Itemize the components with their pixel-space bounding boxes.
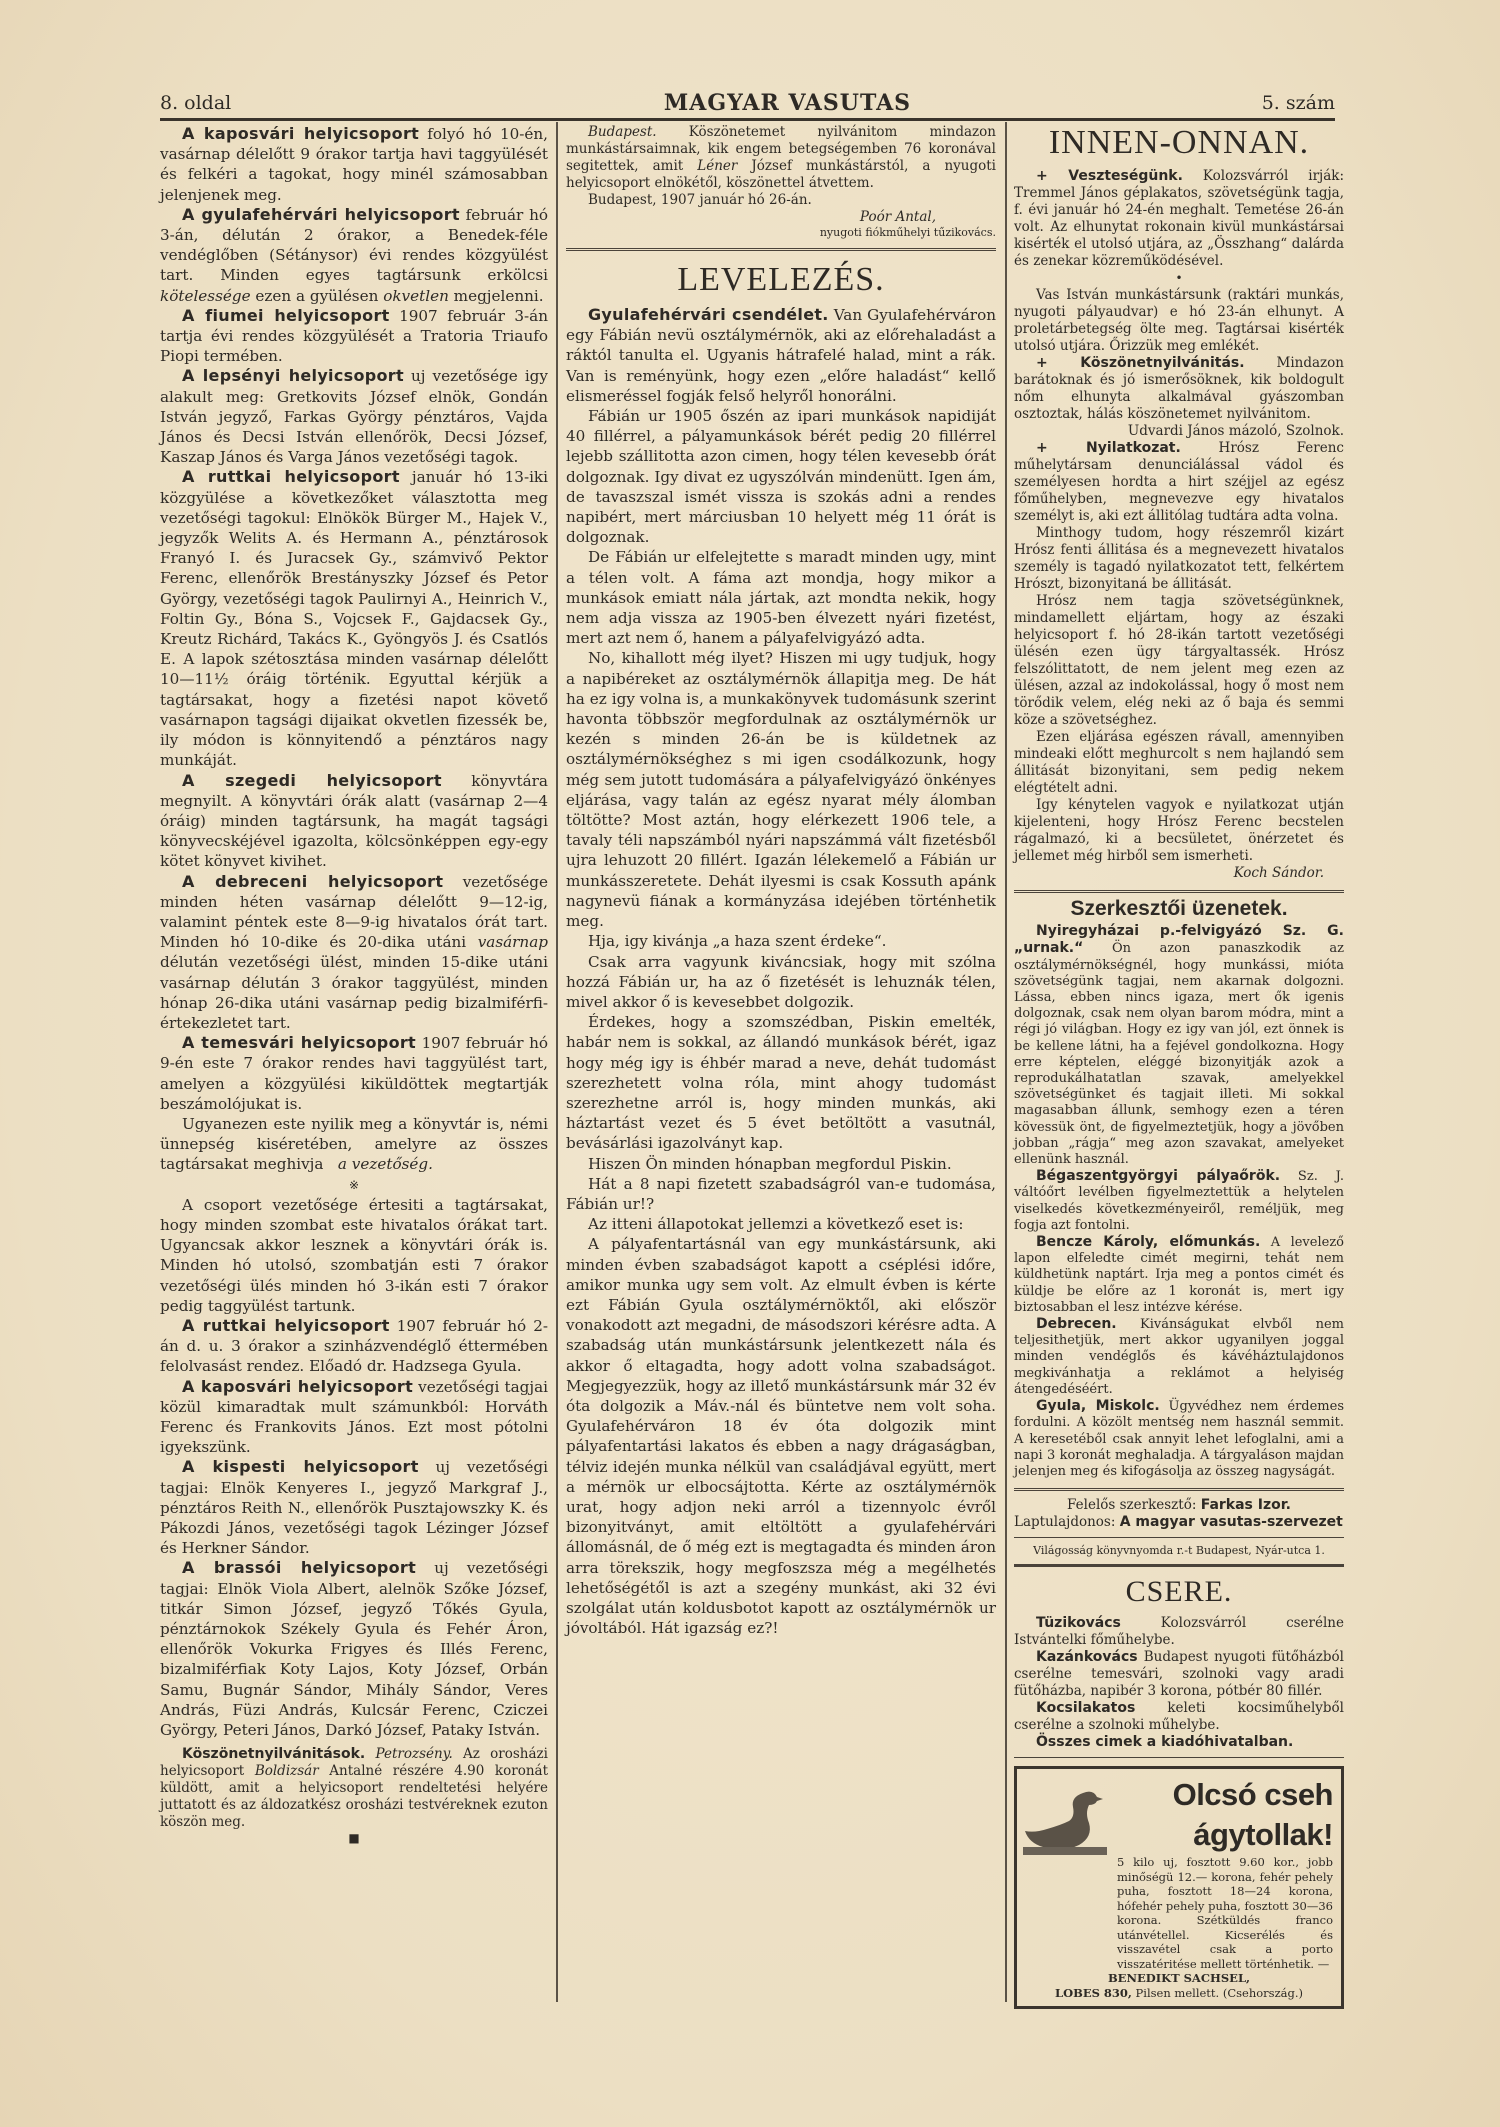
notice-temesvar: A temesvári helyicsoport 1907 február hó…: [160, 1033, 548, 1114]
divider: [1014, 1537, 1344, 1538]
printer-line: Világosság könyvnyomda r.-t Budapest, Ny…: [1014, 1544, 1344, 1558]
column-divider-left: [556, 122, 558, 2002]
section-rule: [1014, 890, 1344, 893]
section-title-csere: CSERE.: [1014, 1573, 1344, 1611]
notice-brasso: A brassói helyicsoport uj vezetőségi tag…: [160, 1558, 548, 1740]
ad-address: LOBES 830,: [1055, 1986, 1132, 2000]
article-paragraph: De Fábián ur elfelejtette s maradt minde…: [566, 547, 996, 648]
section-title-levelezes: LEVELEZÉS.: [566, 261, 996, 299]
csoport-paragraph: A csoport vezetősége értesiti a tagtársa…: [160, 1195, 548, 1316]
ornament-dot: •: [1014, 270, 1344, 287]
section-rule: [566, 248, 996, 251]
article-paragraph-1: Gyulafehérvári csendélet. Van Gyulafehér…: [566, 305, 996, 406]
advertisement-box: Olcsó cseh ágytollak! 5 kilo uj, fosztot…: [1014, 1766, 1344, 2009]
newspaper-page: 8. oldal MAGYAR VASUTAS 5. szám A kaposv…: [0, 0, 1500, 2127]
nyilatkozat-paragraph: Ezen eljárása egészen rávall, amennyiben…: [1014, 729, 1344, 797]
editor-messages: Nyiregyházai p.-felvigyázó Sz. G. „urnak…: [1014, 923, 1344, 1480]
goose-icon: [1023, 1787, 1107, 1857]
imprint-rule: [1014, 1488, 1344, 1491]
left-column: A kaposvári helyicsoport folyó hó 10-én,…: [160, 124, 548, 1845]
imprint: Felelős szerkesztő: Farkas Izor. Laptula…: [1014, 1497, 1344, 1558]
editor-label: Felelős szerkesztő:: [1067, 1497, 1196, 1513]
section-rule: [1014, 1564, 1344, 1567]
notice-fiume: A fiumei helyicsoport 1907 február 3-án …: [160, 306, 548, 367]
nyilatkozat-paragraph: Igy kénytelen vagyok e nyilatkozat utján…: [1014, 797, 1344, 865]
innen-onnan-items: + Veszteségünk. Kolozsvárról irják: Trem…: [1014, 168, 1344, 882]
editor-name: Farkas Izor.: [1201, 1497, 1291, 1513]
notice-kaposvar-2: A kaposvári helyicsoport vezetőségi tagj…: [160, 1377, 548, 1458]
editor-message: Debrecen. Kivánságukat elvből nem teljes…: [1014, 1316, 1344, 1398]
divider: [1014, 1757, 1344, 1758]
notice-debrecen: A debreceni helyicsoport vezetősége mind…: [160, 872, 548, 1034]
notice-lepseny: A lepsényi helyicsoport uj vezetősége ig…: [160, 366, 548, 467]
thanks-text: Budapest. Köszönetemet nyilvánitom minda…: [566, 124, 996, 192]
owner-name: A magyar vasutas-szervezet: [1120, 1514, 1343, 1530]
section-title-innen-onnan: INNEN-ONNAN.: [1014, 124, 1344, 162]
notice-kispest: A kispesti helyicsoport uj vezetőségi ta…: [160, 1457, 548, 1558]
ad-company: BENEDIKT SACHSEL,: [1108, 1971, 1250, 1985]
article-paragraph: Csak arra vagyunk kiváncsiak, hogy mit s…: [566, 952, 996, 1013]
ad-company-line: BENEDIKT SACHSEL,: [1025, 1971, 1333, 1986]
editor-message: Bégaszentgyörgyi pályaőrök. Sz. J. váltó…: [1014, 1168, 1344, 1234]
koszonet-signature: Udvardi János mázoló, Szolnok.: [1014, 423, 1344, 440]
nyilatkozat-paragraph: Minthogy tudom, hogy részemről kizárt Hr…: [1014, 525, 1344, 593]
article-paragraph: Hát a 8 napi fizetett szabadságról van-e…: [566, 1174, 996, 1214]
ad-text: 5 kilo uj, fosztott 9.60 kor., jobb minő…: [1025, 1855, 1333, 1971]
article-paragraph: Hiszen Ön minden hónapban megfordul Pisk…: [566, 1154, 996, 1174]
ad-address-line: LOBES 830, Pilsen mellett. (Csehország.): [1025, 1986, 1333, 2001]
thanks-date: Budapest, 1907 január hó 26-án.: [566, 192, 996, 209]
nyilatkozat-signature: Koch Sándor.: [1234, 865, 1324, 881]
notice-ruttka-1: A ruttkai helyicsoport január hó 13-iki …: [160, 467, 548, 770]
notice-ruttka-2: A ruttkai helyicsoport 1907 február hó 2…: [160, 1316, 548, 1377]
csere-item: Tüzikovács Kolozsvárról cserélne Istvánt…: [1014, 1615, 1344, 1649]
nyilatkozat-paragraph: Hrósz nem tagja szövetségünknek, mindame…: [1014, 593, 1344, 729]
notice-koszonet: Köszönetnyilvánitások. Petrozsény. Az or…: [160, 1746, 548, 1831]
newspaper-title: MAGYAR VASUTAS: [160, 90, 1335, 116]
notice-gyulafehervar: A gyulafehérvári helyicsoport február hó…: [160, 205, 548, 306]
article-paragraph: Fábián ur 1905 őszén az ipari munkások n…: [566, 406, 996, 547]
item-vesztesegunk: + Veszteségünk. Kolozsvárról irják: Trem…: [1014, 168, 1344, 270]
article-paragraph: A pályafentartásnál van egy munkástársun…: [566, 1234, 996, 1638]
ad-body: 5 kilo uj, fosztott 9.60 kor., jobb minő…: [1025, 1855, 1333, 2000]
ornament-divider: ※: [160, 1175, 548, 1195]
column-divider-right: [1005, 122, 1007, 2002]
right-column: INNEN-ONNAN. + Veszteségünk. Kolozsvárró…: [1014, 124, 1344, 2009]
csere-item: Kazánkovács Budapest nyugoti fütőházból …: [1014, 1649, 1344, 1700]
article-paragraph: Hja, igy kivánja „a haza szent érdeke“.: [566, 931, 996, 951]
editor-message: Nyiregyházai p.-felvigyázó Sz. G. „urnak…: [1014, 923, 1344, 1168]
item-nyilatkozat: + Nyilatkozat. Hrósz Ferenc műhelytársam…: [1014, 440, 1344, 525]
page-header: 8. oldal MAGYAR VASUTAS 5. szám: [160, 92, 1335, 114]
csere-items: Tüzikovács Kolozsvárról cserélne Istvánt…: [1014, 1615, 1344, 1751]
header-rule: [160, 118, 1335, 121]
middle-column: Budapest. Köszönetemet nyilvánitom minda…: [566, 124, 996, 1638]
editor-message: Gyula, Miskolc. Ügyvédhez nem érdemes fo…: [1014, 1398, 1344, 1480]
section-title-editor-messages: Szerkesztői üzenetek.: [1014, 899, 1344, 919]
item-koszonetnyilvanitas: + Köszönetnyilvánitás. Mindazon barátokn…: [1014, 355, 1344, 423]
csere-item: Kocsilakatos keleti kocsiműhelyből cseré…: [1014, 1700, 1344, 1734]
csere-footer: Összes cimek a kiadóhivatalban.: [1014, 1734, 1344, 1751]
notice-kaposvar-1: A kaposvári helyicsoport folyó hó 10-én,…: [160, 124, 548, 205]
thanks-notice: Budapest. Köszönetemet nyilvánitom minda…: [566, 124, 996, 240]
notice-szeged: A szegedi helyicsoport könyvtára megnyil…: [160, 771, 548, 872]
owner-label: Laptulajdonos:: [1014, 1514, 1115, 1530]
thanks-signature: Poór Antal,: [860, 209, 936, 225]
end-mark: ■: [160, 1831, 548, 1845]
item-vas-istvan: Vas István munkástársunk (raktári munkás…: [1014, 287, 1344, 355]
article-paragraph: No, kihallott még ilyet? Hiszen mi ugy t…: [566, 648, 996, 931]
issue-number: 5. szám: [1262, 92, 1335, 114]
article-paragraph: Érdekes, hogy a szomszédban, Piskin emel…: [566, 1012, 996, 1153]
temesvar-followup: Ugyanezen este nyilik meg a könyvtár is,…: [160, 1114, 548, 1175]
editor-message: Bencze Károly, előmunkás. A levelező lap…: [1014, 1234, 1344, 1316]
article-paragraph: Az itteni állapotokat jellemzi a követke…: [566, 1214, 996, 1234]
thanks-signature-role: nyugoti fiókműhelyi tűzikovács.: [566, 226, 996, 240]
